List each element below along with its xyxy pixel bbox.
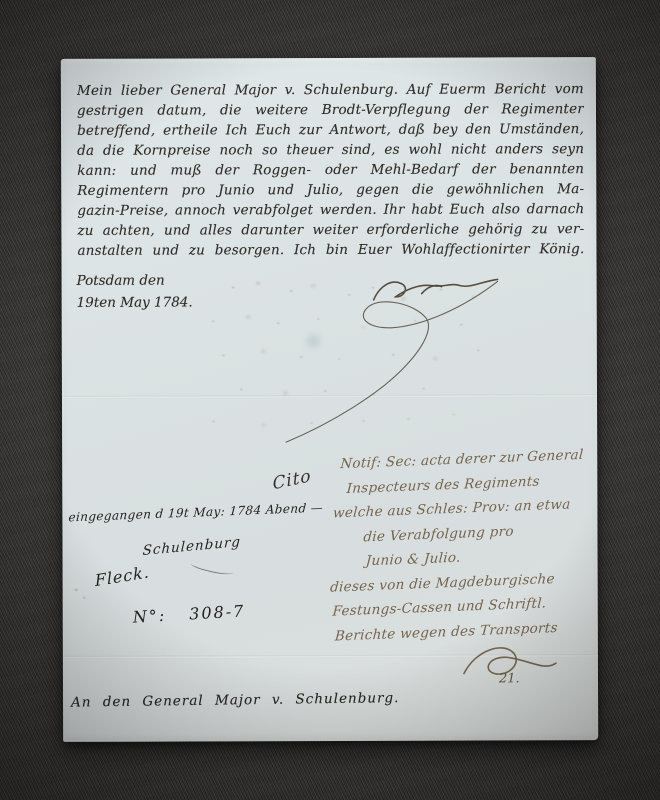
letter-body-line: Regimentern pro Junio und Julio, gegen d… (77, 179, 584, 201)
royal-signature-flourish (274, 273, 510, 454)
letter-body-line: anstalten und zu besorgen. Ich bin Euer … (77, 239, 584, 261)
letter-body-line: da die Kornpreise noch so theuer sind, e… (77, 139, 584, 161)
address-line: An den General Major v. Schulenburg. (71, 690, 400, 711)
letter-photo: Mein lieber General Major v. Schulenburg… (0, 0, 660, 800)
signature-underline-flourish (190, 558, 235, 577)
place-date-block: Potsdam den 19ten May 1784. (77, 269, 193, 313)
letter-body-line: gestrigen datum, die weitere Brodt-Verpf… (77, 99, 584, 121)
recipient-signature: Schulenburg (142, 534, 241, 559)
letter-paper: Mein lieber General Major v. Schulenburg… (61, 57, 598, 742)
place-line: Potsdam den (77, 269, 193, 291)
registry-note-number: 21. (499, 671, 520, 686)
letter-body: Mein lieber General Major v. Schulenburg… (77, 79, 585, 261)
letter-body-line: gazin-Preise, annoch verabfolget werden.… (77, 199, 584, 221)
registry-note: Notif: Sec: acta derer zur General Inspe… (328, 442, 597, 648)
cito-annotation: Cito (272, 466, 312, 494)
clerk-signature: Fleck. (94, 562, 150, 590)
ink-showthrough-specks (61, 59, 64, 61)
letter-body-line: zu achten, und alles darunter weiter erf… (77, 219, 584, 241)
received-annotation: eingegangen d 19t May: 1784 Abend — (68, 501, 324, 525)
letter-body-line: Mein lieber General Major v. Schulenburg… (77, 79, 584, 101)
date-line: 19ten May 1784. (77, 291, 193, 313)
letter-body-line: kann: und muß der Roggen- oder Mehl-Beda… (77, 159, 584, 181)
file-number: N°: 308-7 (132, 601, 245, 626)
letter-body-line: betreffend, ertheile Ich Euch zur Antwor… (77, 119, 584, 141)
